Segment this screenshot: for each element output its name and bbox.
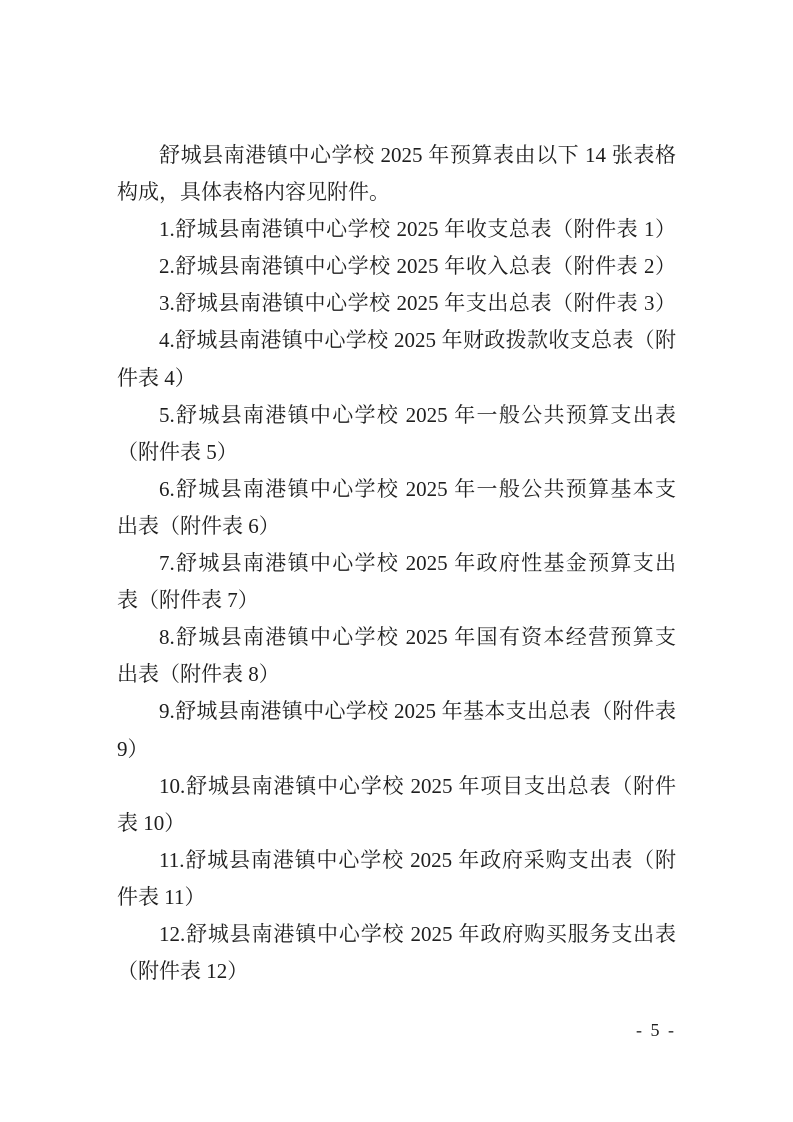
- list-item-9-line-2: 9）: [117, 731, 676, 768]
- list-item-12-line-1: 12.舒城县南港镇中心学校 2025 年政府购买服务支出表: [117, 916, 676, 953]
- list-item-7-line-2: 表（附件表 7）: [117, 582, 676, 619]
- list-item-5-line-2: （附件表 5）: [117, 434, 676, 471]
- intro-line-2: 构成，具体表格内容见附件。: [117, 174, 676, 211]
- list-item-7-line-1: 7.舒城县南港镇中心学校 2025 年政府性基金预算支出: [117, 545, 676, 582]
- list-item-9-line-1: 9.舒城县南港镇中心学校 2025 年基本支出总表（附件表: [117, 693, 676, 730]
- list-item-5-line-1: 5.舒城县南港镇中心学校 2025 年一般公共预算支出表: [117, 397, 676, 434]
- intro-line-1: 舒城县南港镇中心学校 2025 年预算表由以下 14 张表格: [117, 137, 676, 174]
- list-item-12-line-2: （附件表 12）: [117, 953, 676, 990]
- list-item-3: 3.舒城县南港镇中心学校 2025 年支出总表（附件表 3）: [117, 285, 676, 322]
- document-body: 舒城县南港镇中心学校 2025 年预算表由以下 14 张表格 构成，具体表格内容…: [117, 137, 676, 990]
- list-item-10-line-2: 表 10）: [117, 805, 676, 842]
- list-item-2: 2.舒城县南港镇中心学校 2025 年收入总表（附件表 2）: [117, 248, 676, 285]
- list-item-11-line-2: 件表 11）: [117, 879, 676, 916]
- list-item-8-line-1: 8.舒城县南港镇中心学校 2025 年国有资本经营预算支: [117, 619, 676, 656]
- page-number: - 5 -: [636, 1020, 676, 1041]
- list-item-11-line-1: 11.舒城县南港镇中心学校 2025 年政府采购支出表（附: [117, 842, 676, 879]
- list-item-4-line-2: 件表 4）: [117, 360, 676, 397]
- list-item-4-line-1: 4.舒城县南港镇中心学校 2025 年财政拨款收支总表（附: [117, 322, 676, 359]
- list-item-6-line-1: 6.舒城县南港镇中心学校 2025 年一般公共预算基本支: [117, 471, 676, 508]
- document-page: 舒城县南港镇中心学校 2025 年预算表由以下 14 张表格 构成，具体表格内容…: [0, 0, 793, 1122]
- list-item-1: 1.舒城县南港镇中心学校 2025 年收支总表（附件表 1）: [117, 211, 676, 248]
- list-item-6-line-2: 出表（附件表 6）: [117, 508, 676, 545]
- list-item-8-line-2: 出表（附件表 8）: [117, 656, 676, 693]
- list-item-10-line-1: 10.舒城县南港镇中心学校 2025 年项目支出总表（附件: [117, 768, 676, 805]
